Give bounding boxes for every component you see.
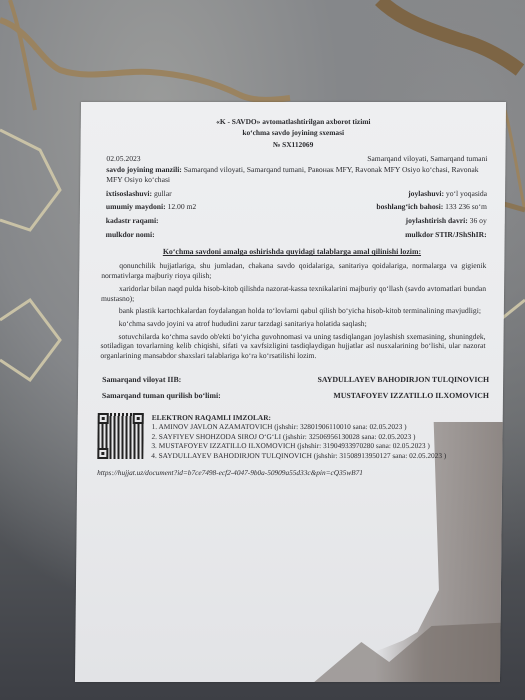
requirement-item: sotuvchilarda ko‘chma savdo ob'ekti bo‘y… [100, 332, 485, 361]
signatory-org: Samarqand tuman qurilish bo‘limi: [102, 391, 221, 401]
esignature-item: 4. SAYDULLAYEV BAHODIRJON TULQINOVICH (j… [151, 451, 446, 460]
field-value: 36 oy [470, 216, 487, 225]
region-text: Samarqand viloyati, Samarqand tumani [367, 154, 487, 164]
requirement-item: bank plastik kartochkalardan foydalangan… [101, 306, 486, 316]
esignature-item: 3. MUSTAFOYEV IZZATILLO ILXOMOVICH (jshs… [151, 441, 446, 450]
esignature-item: 1. AMINOV JAVLON AZAMATOVICH (jshshir: 3… [152, 422, 447, 431]
address-block: savdo joyining manzili: Samarqand viloya… [80, 165, 505, 184]
field-label: joylashtirish davri: [406, 216, 468, 225]
requirements-list: qonunchilik hujjatlariga, shu jumladan, … [78, 261, 504, 360]
document-url: https://hujjat.uz/document?id=b7ce7498-e… [77, 468, 502, 477]
document-number: № SX112069 [81, 139, 506, 150]
field-label: boshlang‘ich bahosi: [376, 202, 443, 211]
field-label: ixtisoslashuvi: [106, 189, 152, 198]
field-label: mulkdor nomi: [106, 230, 155, 239]
signatories: Samarqand viloyat IIB: SAYDULLAYEV BAHOD… [78, 375, 503, 401]
requirement-item: qonunchilik hujjatlariga, shu jumladan, … [101, 261, 486, 280]
field-label: joylashuvi: [408, 189, 444, 198]
address-label: savdo joyining manzili: [106, 165, 182, 174]
qr-code-icon [97, 413, 143, 459]
requirement-item: xaridorlar bilan naqd pulda hisob-kitob … [101, 284, 486, 303]
esignatures-title: ELEKTRON RAQAMLI IMZOLAR: [152, 413, 447, 422]
esignature-item: 2. SAYFIYEV SHOHZODA SIROJ O‘G‘LI (jshsh… [151, 432, 446, 441]
document-paper: «K - SAVDO» avtomatlashtirilgan axborot … [75, 102, 506, 682]
field-value: yo‘l yoqasida [446, 189, 487, 198]
field-label: mulkdor STIR/JShShIR: [405, 230, 487, 239]
signatory-name: SAYDULLAYEV BAHODIRJON TULQINOVICH [317, 375, 489, 385]
field-label: umumiy maydoni: [106, 202, 166, 211]
signatory-name: MUSTAFOYEV IZZATILLO ILXOMOVICH [333, 391, 489, 401]
document-body: «K - SAVDO» avtomatlashtirilgan axborot … [77, 102, 506, 478]
field-label: kadastr raqami: [106, 216, 159, 225]
field-value: 133 236 so‘m [445, 202, 487, 211]
field-value: 12.00 m2 [168, 202, 197, 211]
requirements-title: Ko‘chma savdoni amalga oshirishda quyida… [79, 247, 504, 257]
field-value: gullar [154, 189, 172, 198]
document-title: ko‘chma savdo joyining sxemasi [81, 127, 506, 138]
document-header: «K - SAVDO» avtomatlashtirilgan axborot … [81, 116, 506, 150]
requirement-item: ko‘chma savdo joyini va atrof hududini z… [101, 319, 486, 329]
signatory-org: Samarqand viloyat IIB: [102, 375, 181, 385]
electronic-signatures: ELEKTRON RAQAMLI IMZOLAR: 1. AMINOV JAVL… [77, 413, 502, 460]
system-title: «K - SAVDO» avtomatlashtirilgan axborot … [81, 116, 506, 127]
document-date: 02.05.2023 [106, 154, 140, 164]
hand-shadow [235, 622, 506, 682]
